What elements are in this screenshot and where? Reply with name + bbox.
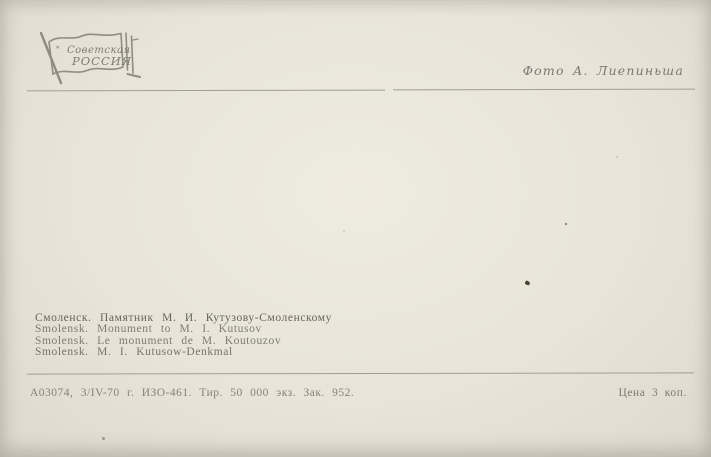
- caption-german: Smolensk. M. I. Kutusow-Denkmal: [35, 347, 332, 358]
- postcard-back: * Советская РОССИЯ Фото А. Лиепиньша Смо…: [0, 0, 711, 457]
- bottom-divider: [27, 372, 694, 374]
- publisher-logo: * Советская РОССИЯ: [34, 28, 150, 90]
- top-divider-left: [27, 90, 385, 92]
- paper-speck: [616, 156, 618, 158]
- logo-star-mark: *: [56, 45, 60, 53]
- price-label: Цена 3 коп.: [618, 387, 687, 399]
- logo-text-line2: РОССИЯ: [71, 54, 132, 68]
- paper-speck: [524, 280, 530, 286]
- top-divider-right: [393, 89, 695, 91]
- photo-credit: Фото А. Лиепиньша: [523, 63, 684, 78]
- open-book-icon: * Советская РОССИЯ: [34, 28, 150, 90]
- paper-speck: [565, 223, 567, 225]
- paper-speck: [102, 437, 105, 440]
- print-imprint: А03074, 3/IV-70 г. ИЗО-461. Тир. 50 000 …: [30, 387, 354, 399]
- paper-speck: [343, 230, 345, 232]
- caption-block: Смоленск. Памятник М. И. Кутузову-Смолен…: [35, 313, 332, 359]
